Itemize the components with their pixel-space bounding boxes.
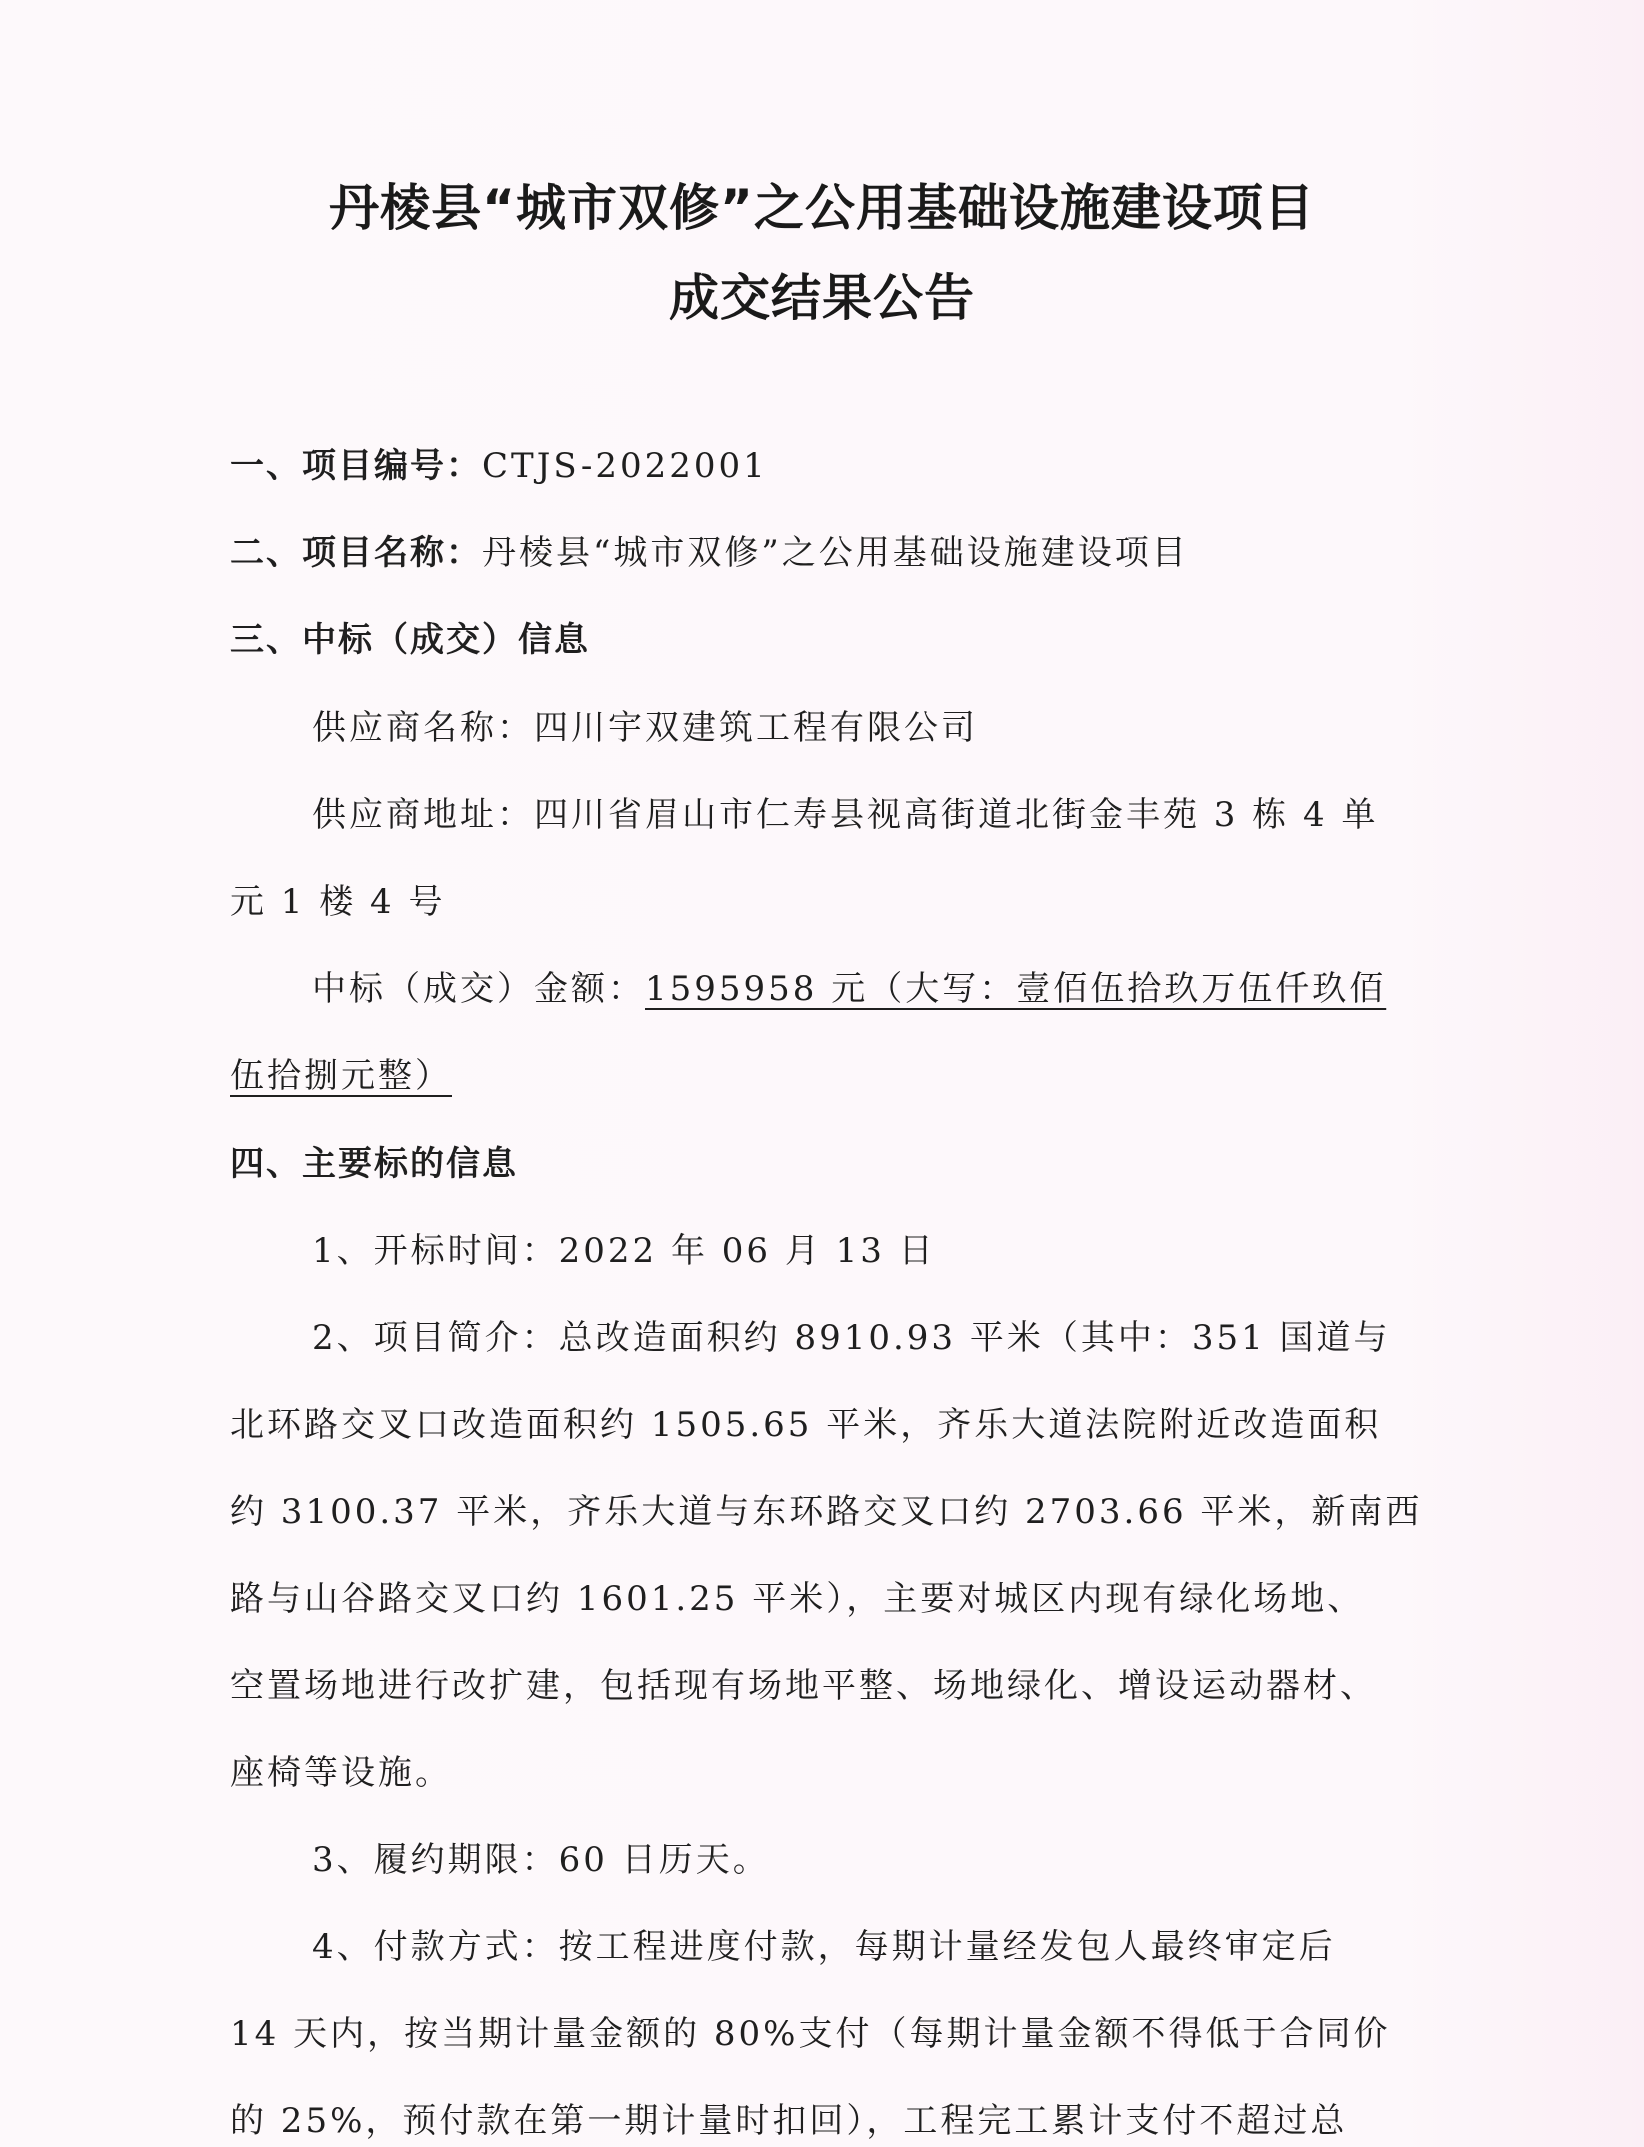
award-amount-label: 中标（成交）金额： (312, 969, 645, 1009)
document-page: 丹棱县“城市双修”之公用基础设施建设项目 成交结果公告 一、项目编号：CTJS-… (0, 0, 1644, 2147)
section-project-name: 二、项目名称：丹棱县“城市双修”之公用基础设施建设项目 (230, 525, 1400, 574)
project-summary-line: 约 3100.37 平米，齐乐大道与东环路交叉口约 2703.66 平米，新南西 (230, 1484, 1400, 1533)
supplier-address-value-line2: 元 1 楼 4 号 (230, 882, 446, 922)
supplier-name-label: 供应商名称： (312, 708, 534, 748)
supplier-name-value: 四川宇双建筑工程有限公司 (534, 708, 978, 748)
project-name-value: 丹棱县“城市双修”之公用基础设施建设项目 (482, 533, 1189, 573)
section-main-subject-info: 四、主要标的信息 (230, 1136, 1400, 1185)
project-summary-line: 2、项目简介：总改造面积约 8910.93 平米（其中：351 国道与 (312, 1310, 1482, 1359)
supplier-address-row: 供应商地址：四川省眉山市仁寿县视高街道北街金丰苑 3 栋 4 单 (312, 787, 1482, 836)
award-amount-continued: 伍拾捌元整） (230, 1048, 1400, 1097)
bid-opening-time: 1、开标时间：2022 年 06 月 13 日 (312, 1223, 1482, 1272)
project-summary-line: 座椅等设施。 (230, 1745, 1400, 1794)
supplier-name-row: 供应商名称：四川宇双建筑工程有限公司 (312, 700, 1482, 749)
supplier-address-label: 供应商地址： (312, 795, 534, 835)
award-amount-value-line1: 1595958 元（大写：壹佰伍拾玖万伍仟玖佰 (645, 969, 1386, 1009)
document-title-line2: 成交结果公告 (0, 258, 1644, 330)
award-amount-value-line2: 伍拾捌元整） (230, 1056, 452, 1096)
section-heading-project-name: 二、项目名称： (230, 533, 482, 573)
supplier-address-value-line1: 四川省眉山市仁寿县视高街道北街金丰苑 3 栋 4 单 (534, 795, 1379, 835)
section-heading-award-info: 三、中标（成交）信息 (230, 620, 590, 660)
payment-terms-line: 4、付款方式：按工程进度付款，每期计量经发包人最终审定后 (312, 1919, 1482, 1968)
project-number-value: CTJS-2022001 (482, 446, 768, 486)
section-heading-main-subject: 四、主要标的信息 (230, 1144, 518, 1184)
project-summary-line: 空置场地进行改扩建，包括现有场地平整、场地绿化、增设运动器材、 (230, 1658, 1400, 1707)
payment-terms-line: 14 天内，按当期计量金额的 80%支付（每期计量金额不得低于合同价 (230, 2006, 1400, 2055)
project-summary-line: 路与山谷路交叉口约 1601.25 平米），主要对城区内现有绿化场地、 (230, 1571, 1400, 1620)
section-heading-project-number: 一、项目编号： (230, 446, 482, 486)
section-award-info: 三、中标（成交）信息 (230, 612, 1400, 661)
contract-period: 3、履约期限：60 日历天。 (312, 1832, 1482, 1881)
supplier-address-continued: 元 1 楼 4 号 (230, 874, 1400, 923)
payment-terms-line: 的 25%，预付款在第一期计量时扣回），工程完工累计支付不超过总 (230, 2093, 1400, 2142)
award-amount-row: 中标（成交）金额：1595958 元（大写：壹佰伍拾玖万伍仟玖佰 (312, 961, 1482, 1010)
project-summary-line: 北环路交叉口改造面积约 1505.65 平米，齐乐大道法院附近改造面积 (230, 1397, 1400, 1446)
document-title-line1: 丹棱县“城市双修”之公用基础设施建设项目 (0, 168, 1644, 240)
section-project-number: 一、项目编号：CTJS-2022001 (230, 438, 1400, 487)
